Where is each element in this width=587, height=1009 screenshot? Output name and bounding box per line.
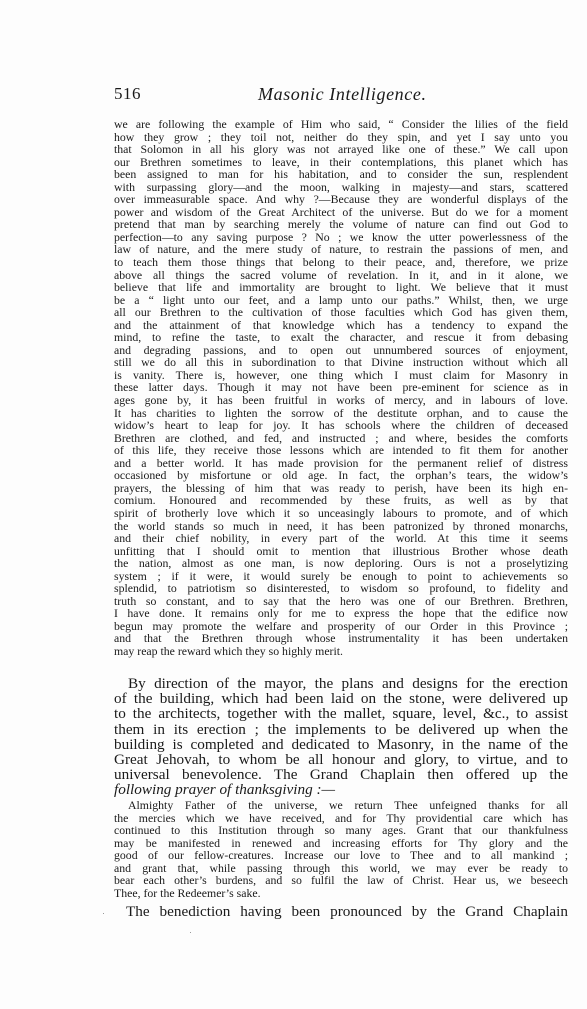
scan-speck <box>190 932 191 933</box>
prayer-of-thanksgiving: Almighty Father of the universe, we retu… <box>114 799 568 899</box>
benediction-paragraph: The benediction having been pronounced b… <box>114 904 568 919</box>
text-line: Thee, for the Redeemer’s sake. <box>114 887 568 900</box>
speech-quotation: we are following the example of Him who … <box>114 118 568 658</box>
scan-speck <box>103 913 104 914</box>
text-line: ages gone by, it has been fruitful in wo… <box>114 394 568 407</box>
text-line: to teach them those things that belong t… <box>114 256 568 269</box>
text-line: we are following the example of Him who … <box>114 118 568 131</box>
direction-paragraph: By direction of the mayor, the plans and… <box>114 676 568 798</box>
text-line: to the architects, together with the mal… <box>114 706 568 721</box>
text-line: of the building, which had been laid on … <box>114 691 568 706</box>
text-line: may reap the reward which they so highly… <box>114 645 568 658</box>
text-line: Great Jehovah, to whom be all honour and… <box>114 752 568 767</box>
text-line: believe that life and immortality are br… <box>114 281 568 294</box>
text-line: building is completed and dedicated to M… <box>114 737 568 752</box>
text-line: splendid, to patriotism so disinterested… <box>114 582 568 595</box>
text-line: By direction of the mayor, the plans and… <box>114 676 568 691</box>
text-line: spirit of brotherly love which it so unc… <box>114 507 568 520</box>
text-line: I have done. It remains only for me to e… <box>114 607 568 620</box>
text-line: good of our fellow-creatures. Increase o… <box>114 849 568 862</box>
text-line: the nation, almost as one man, is now de… <box>114 557 568 570</box>
text-line: been assigned to man for his habitation,… <box>114 168 568 181</box>
text-line: bear each other’s burdens, and so fulfil… <box>114 874 568 887</box>
page-number: 516 <box>114 84 141 104</box>
text-line: Almighty Father of the universe, we retu… <box>114 799 568 812</box>
running-title: Masonic Intelligence. <box>258 84 427 105</box>
text-line: all our Brethren to the cultivation of t… <box>114 306 568 319</box>
text-line-italic: following prayer of thanksgiving :— <box>114 782 568 797</box>
text-line: mind, to refine the taste, to exalt the … <box>114 331 568 344</box>
text-line: that Solomon in all his glory was not ar… <box>114 143 568 156</box>
text-line: occasioned by misfortune or old age. In … <box>114 469 568 482</box>
text-line: of this life, they receive those lessons… <box>114 444 568 457</box>
page-header: 516 Masonic Intelligence. <box>114 84 568 106</box>
text-line: universal benevolence. The Grand Chaplai… <box>114 767 568 782</box>
text-line: and their chief nobility, in every part … <box>114 532 568 545</box>
text-line: widow’s heart to leap for joy. It has sc… <box>114 419 568 432</box>
text-line: continued to this Institution through so… <box>114 824 568 837</box>
scanned-page: 516 Masonic Intelligence. we are followi… <box>0 0 587 1009</box>
text-line: The benediction having been pronounced b… <box>114 904 568 919</box>
text-line: them in its erection ; the implements to… <box>114 722 568 737</box>
text-line: over immeasurable space. And why ?—Becau… <box>114 193 568 206</box>
